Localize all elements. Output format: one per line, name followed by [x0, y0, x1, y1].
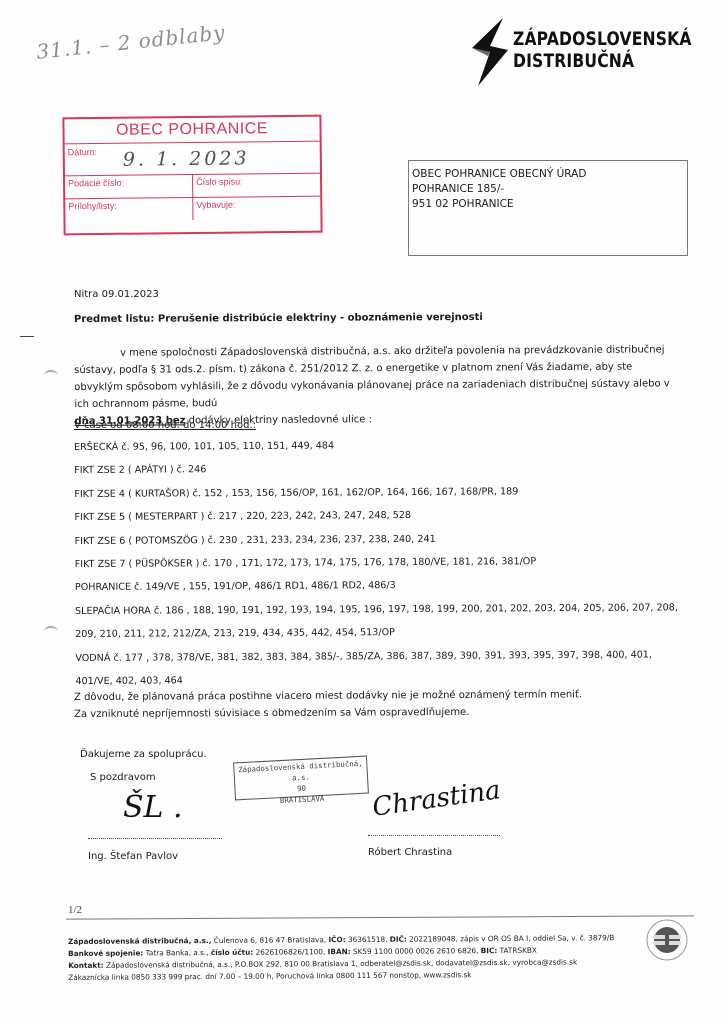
- closing-paragraph: Z dôvodu, že plánovaná práca postihne vi…: [74, 686, 582, 723]
- registry-stamp: OBEC POHRANICE Dátum: 9. 1. 2023 Podacie…: [62, 115, 322, 236]
- punch-hole-mark: [44, 370, 58, 380]
- recipient-line-1: OBEC POHRANICE OBECNÝ ÚRAD: [412, 167, 687, 182]
- footer-line-4: Zákaznícka linka 0850 333 999 prac. dní …: [68, 968, 628, 984]
- logo-line-2: DISTRIBUČNÁ: [513, 50, 692, 72]
- thanks-line: Ďakujeme za spoluprácu.: [80, 749, 207, 760]
- closing-line-2: Za vzniknuté nepríjemnosti súvisiace s o…: [74, 703, 582, 723]
- signatory-2-name: Róbert Chrastina: [368, 847, 452, 858]
- stamp-date-label: Dátum:: [68, 147, 97, 157]
- place-date: Nitra 09.01.2023: [74, 289, 159, 300]
- stamp-date-value: 9. 1. 2023: [123, 147, 250, 170]
- lightning-bolt-icon: [470, 18, 510, 86]
- regards-line: S pozdravom: [90, 772, 156, 783]
- body-paragraph: v mene spoločnosti Západoslovenská distr…: [74, 341, 675, 430]
- punch-hole-mark: [44, 626, 58, 636]
- company-logo-text: ZÁPADOSLOVENSKÁ DISTRIBUČNÁ: [513, 28, 692, 72]
- subject-line: Predmet listu: Prerušenie distribúcie el…: [74, 312, 483, 325]
- signature-line-2: [368, 835, 500, 836]
- letter-page: 31.1. – 2 odblaby ZÁPADOSLOVENSKÁ DISTRI…: [0, 0, 724, 1024]
- stamp-title: OBEC POHRANICE: [64, 117, 319, 145]
- stamp-handler-label: Vybavuje:: [192, 197, 320, 220]
- time-window: V čase od 08:00 hod. do 14:00 hod.:: [74, 420, 256, 431]
- company-stamp: Západoslovenská distribučná, a.s. 90 BRA…: [233, 756, 369, 801]
- logo-line-1: ZÁPADOSLOVENSKÁ: [513, 28, 692, 50]
- street-list: ERŠECKÁ č. 95, 96, 100, 101, 105, 110, 1…: [74, 438, 716, 699]
- stamp-row-numbers: Podacie číslo: Číslo spisu:: [65, 174, 320, 200]
- body-text: v mene spoločnosti Západoslovenská distr…: [74, 344, 670, 410]
- sgs-certified-badge-icon: [646, 919, 688, 961]
- fold-mark: [20, 336, 34, 337]
- recipient-line-2: POHRANICE 185/-: [412, 182, 687, 197]
- stamp-row-attachments: Prílohy/listy: Vybavuje:: [65, 197, 320, 222]
- stamp-submission-label: Podacie číslo:: [65, 175, 192, 198]
- recipient-line-3: 951 02 POHRANICE: [412, 197, 687, 212]
- closing-line-1: Z dôvodu, že plánovaná práca postihne vi…: [74, 686, 582, 706]
- signature-line-1: [88, 838, 222, 839]
- footer: Západoslovenská distribučná, a.s., Čulen…: [68, 932, 628, 984]
- signature-1: ŠL .: [123, 790, 183, 825]
- footer-divider: [66, 915, 694, 919]
- stamp-file-label: Číslo spisu:: [192, 174, 320, 197]
- signatory-1-name: Ing. Štefan Pavlov: [88, 851, 178, 862]
- page-number: 1/2: [68, 904, 82, 916]
- stamp-attachments-label: Prílohy/listy:: [65, 198, 192, 221]
- recipient-address: OBEC POHRANICE OBECNÝ ÚRAD POHRANICE 185…: [408, 160, 688, 256]
- signature-2: Chrastina: [371, 775, 503, 823]
- handwritten-note: 31.1. – 2 odblaby: [35, 20, 226, 64]
- stamp-date-row: Dátum: 9. 1. 2023: [65, 142, 320, 177]
